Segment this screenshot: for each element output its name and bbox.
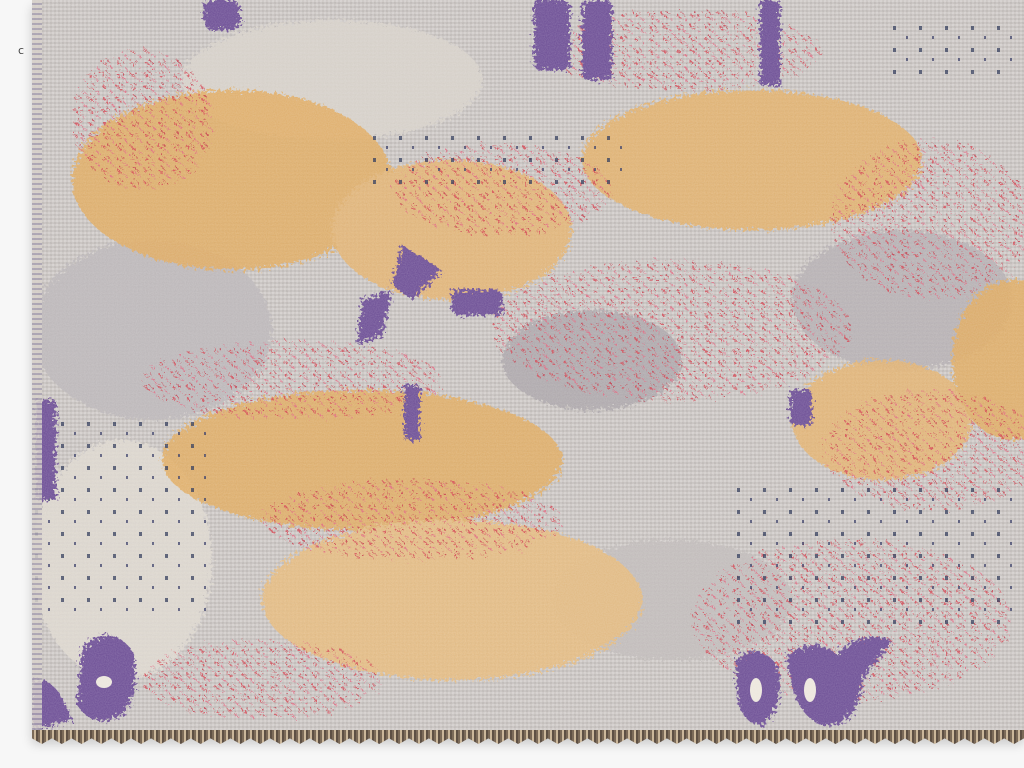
rug-pattern [32,0,1024,738]
rug-side-binding [32,0,42,738]
rug-photo [32,0,1024,738]
stray-character: c [18,44,24,57]
rug-fringe [32,730,1024,744]
